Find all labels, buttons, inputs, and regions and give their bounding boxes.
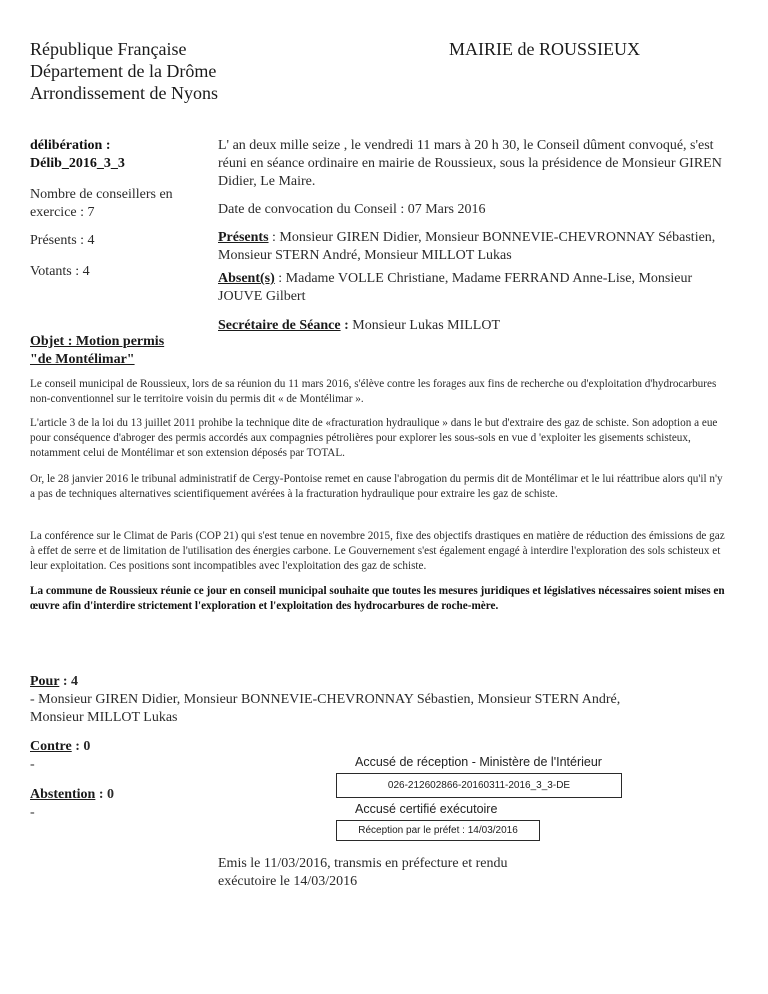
- paragraph-1: Le conseil municipal de Roussieux, lors …: [30, 377, 730, 407]
- objet-title: Objet : Motion permis "de Montélimar": [30, 333, 210, 369]
- deliberation-block: délibération : Délib_2016_3_3: [30, 137, 210, 173]
- vote-pour: Pour : 4 - Monsieur GIREN Didier, Monsie…: [30, 673, 750, 727]
- accuse-reception-label: Accusé de réception - Ministère de l'Int…: [355, 755, 602, 769]
- conseillers-line2: exercice : 7: [30, 204, 210, 222]
- contre-count: : 0: [72, 739, 91, 754]
- pour-names: - Monsieur GIREN Didier, Monsieur BONNEV…: [30, 691, 670, 727]
- deliberation-label: délibération :: [30, 138, 111, 153]
- accuse-reception-id: 026-212602866-20160311-2016_3_3-DE: [336, 773, 622, 798]
- abstention-label: Abstention: [30, 787, 95, 802]
- accuse-certifie-label: Accusé certifié exécutoire: [355, 802, 497, 816]
- pour-label: Pour: [30, 674, 59, 689]
- header-arrondissement: Arrondissement de Nyons: [30, 82, 218, 104]
- presents-count: Présents : 4: [30, 232, 210, 250]
- votants-count: Votants : 4: [30, 263, 210, 281]
- absents-list: Absent(s) : Madame VOLLE Christiane, Mad…: [218, 270, 738, 306]
- emis-text: Emis le 11/03/2016, transmis en préfectu…: [218, 855, 538, 891]
- presents-names: : Monsieur GIREN Didier, Monsieur BONNEV…: [218, 230, 715, 263]
- presents-list: Présents : Monsieur GIREN Didier, Monsie…: [218, 229, 738, 265]
- paragraph-2: L'article 3 de la loi du 13 juillet 2011…: [30, 416, 730, 461]
- deliberation-id: Délib_2016_3_3: [30, 156, 125, 171]
- absents-label: Absent(s): [218, 271, 275, 286]
- abstention-count: : 0: [95, 787, 114, 802]
- secretaire-sep: :: [341, 318, 353, 333]
- convocation-date: Date de convocation du Conseil : 07 Mars…: [218, 201, 738, 219]
- paragraph-3: Or, le 28 janvier 2016 le tribunal admin…: [30, 472, 730, 502]
- secretaire-name: Monsieur Lukas MILLOT: [352, 318, 500, 333]
- header-left: République Française Département de la D…: [30, 38, 218, 104]
- presents-label: Présents: [218, 230, 269, 245]
- header-departement: Département de la Drôme: [30, 60, 218, 82]
- secretaire-label: Secrétaire de Séance: [218, 318, 341, 333]
- conseillers-line1: Nombre de conseillers en: [30, 186, 210, 204]
- contre-label: Contre: [30, 739, 72, 754]
- absents-names: : Madame VOLLE Christiane, Madame FERRAN…: [218, 271, 692, 304]
- pour-count: : 4: [59, 674, 78, 689]
- paragraph-4: La conférence sur le Climat de Paris (CO…: [30, 529, 730, 574]
- paragraph-resolution: La commune de Roussieux réunie ce jour e…: [30, 584, 730, 614]
- conseillers-count: Nombre de conseillers en exercice : 7: [30, 186, 210, 222]
- secretaire: Secrétaire de Séance : Monsieur Lukas MI…: [218, 317, 738, 335]
- intro-text: L' an deux mille seize , le vendredi 11 …: [218, 137, 738, 191]
- header-mairie: MAIRIE de ROUSSIEUX: [449, 38, 640, 60]
- objet-line1: Objet : Motion permis: [30, 333, 210, 351]
- reception-prefet: Réception par le préfet : 14/03/2016: [336, 820, 540, 841]
- objet-line2: "de Montélimar": [30, 351, 210, 369]
- header-republique: République Française: [30, 38, 218, 60]
